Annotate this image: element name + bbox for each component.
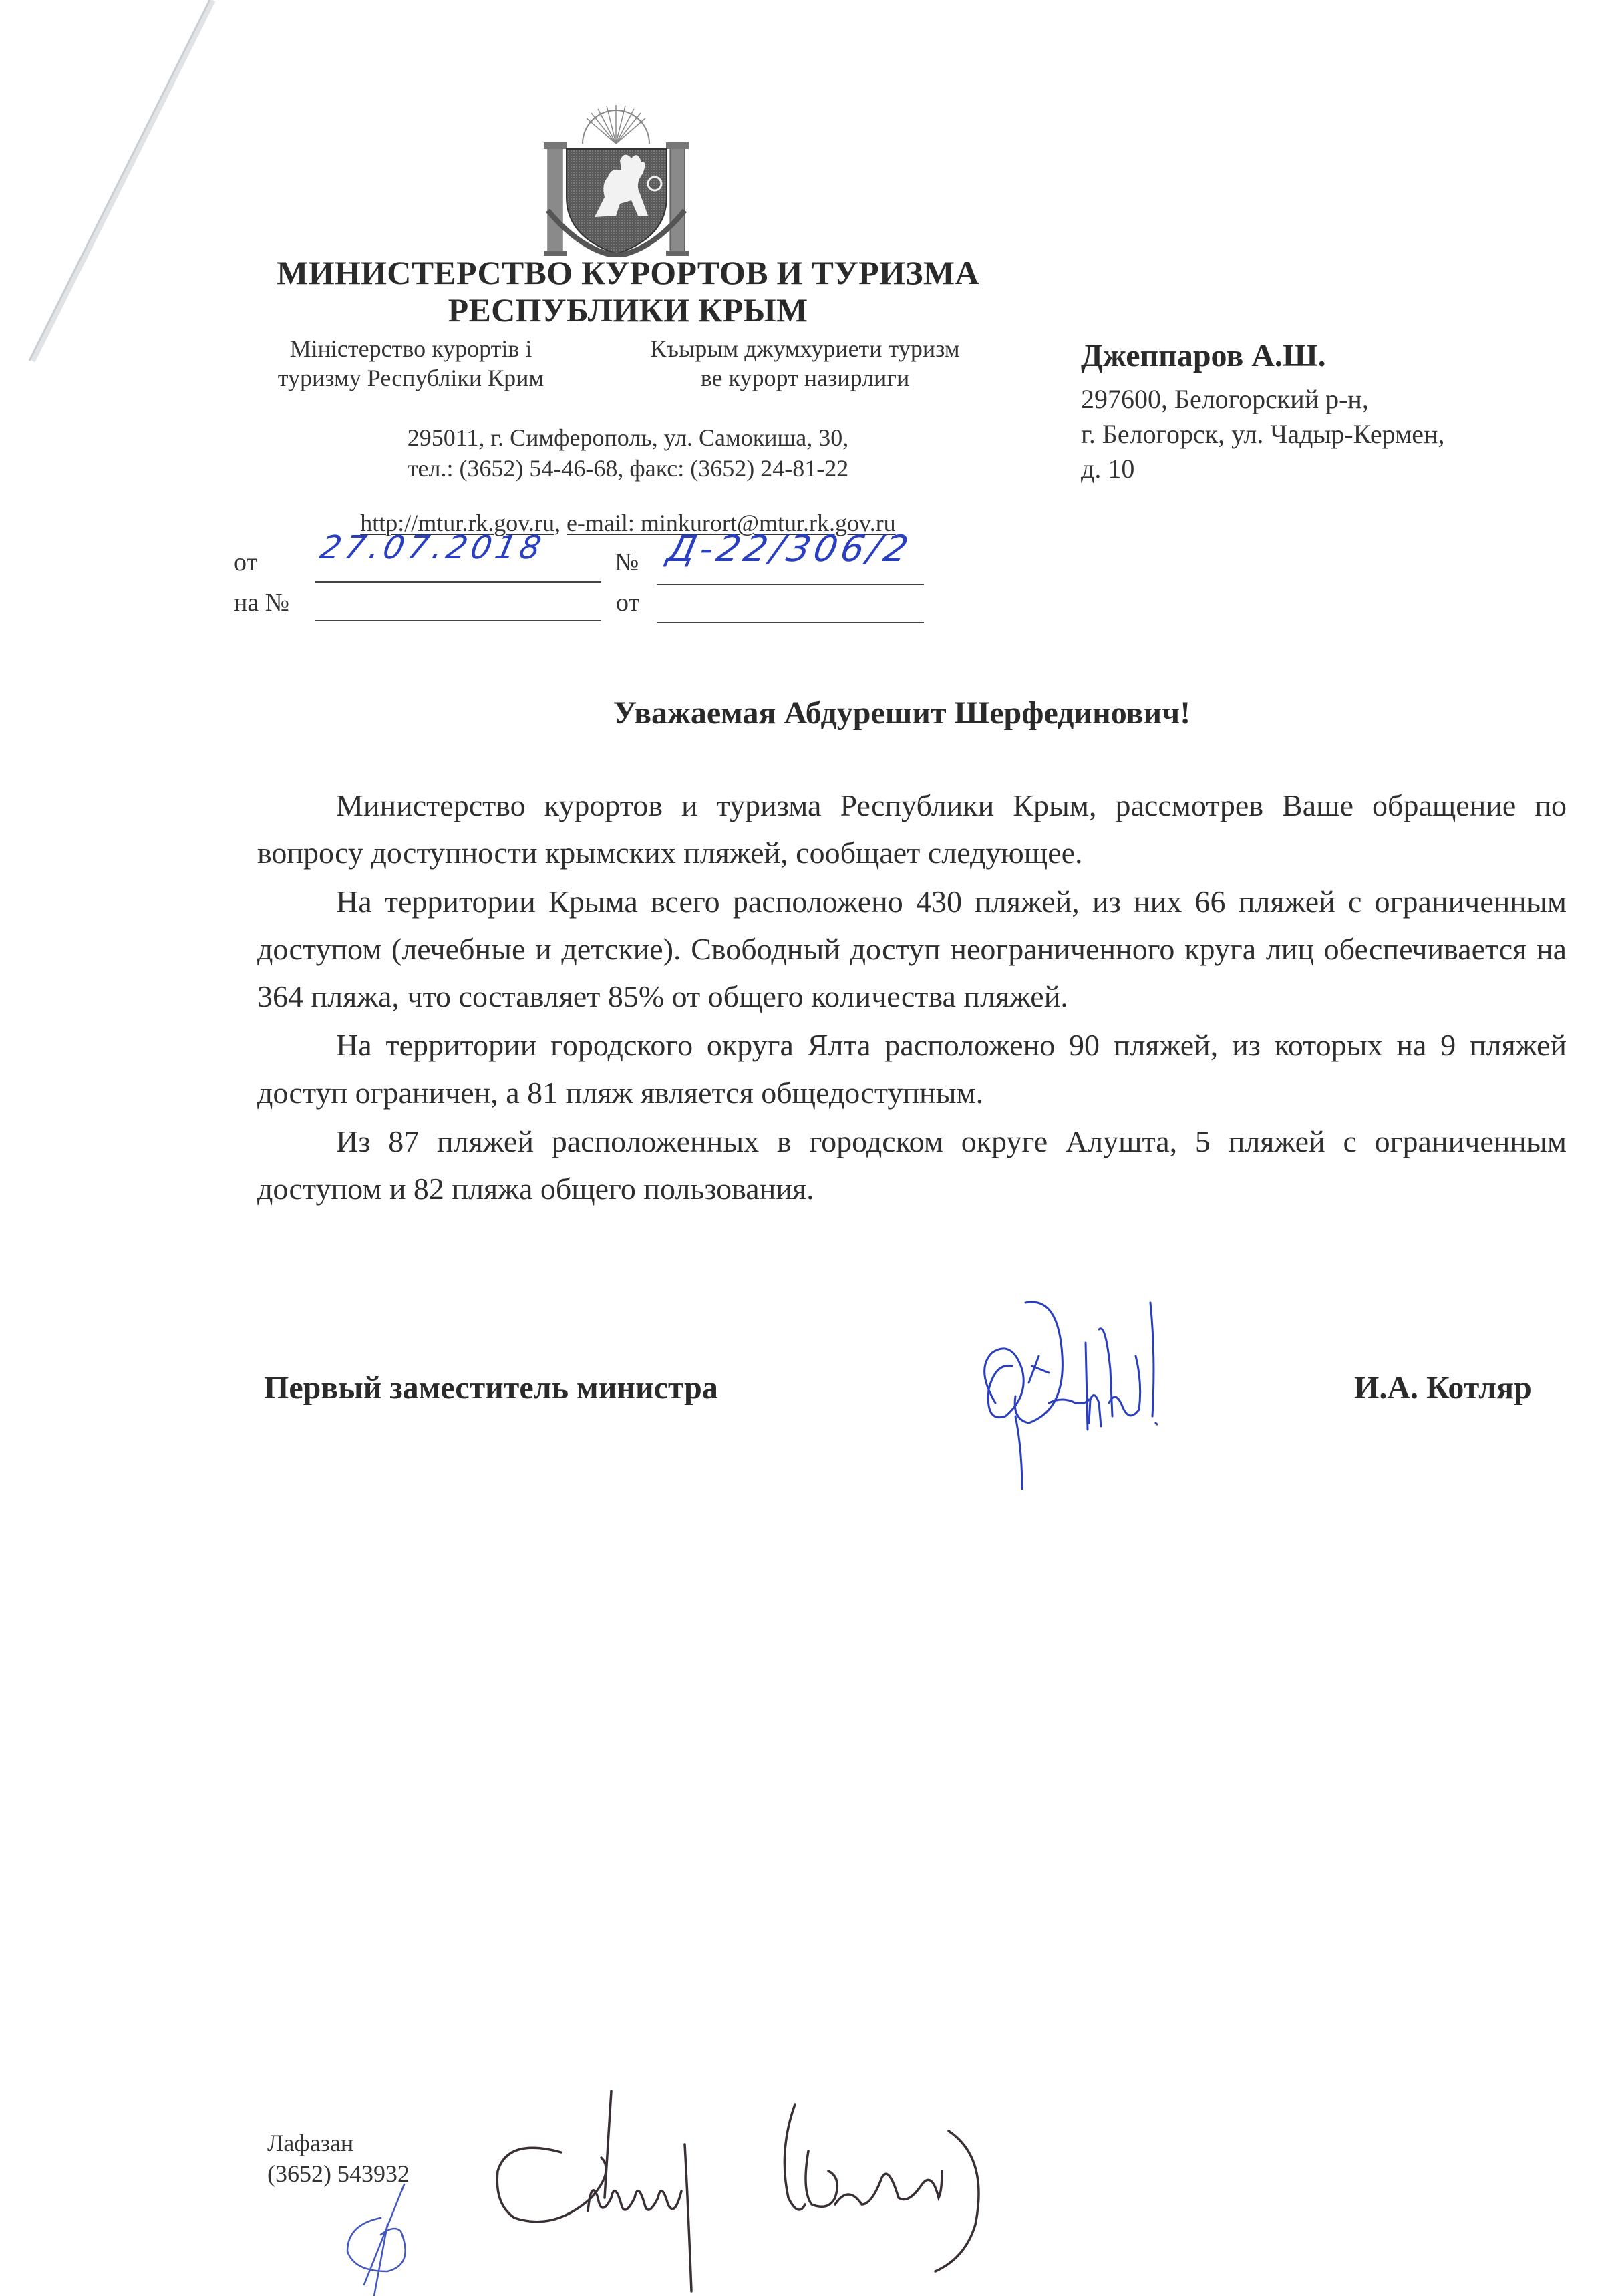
paragraph: Из 87 пляжей расположенных в городском о… [257, 1118, 1567, 1212]
address-line2: тел.: (3652) 54-46-68, факс: (3652) 24-8… [254, 453, 1002, 484]
number-line [657, 584, 924, 585]
contact-separator: , [554, 510, 567, 536]
org-name-line2: РЕСПУБЛИКИ КРЫМ [254, 291, 1002, 329]
org-name-ukrainian: Міністерство курортів і туризму Республі… [237, 334, 585, 393]
paragraph: Министерство курортов и туризма Республи… [257, 782, 1567, 876]
from-date-label: от [234, 548, 257, 577]
reply-from-label: от [616, 588, 639, 617]
paragraph: На территории Крыма всего расположено 43… [257, 878, 1567, 1020]
paragraph: На территории городского округа Ялта рас… [257, 1021, 1567, 1116]
org-name-line1: МИНИСТЕРСТВО КУРОРТОВ И ТУРИЗМА [254, 254, 1002, 291]
from-date-line [315, 581, 601, 583]
number-handwritten: Д-22/306/2 [663, 528, 916, 570]
reply-from-line [657, 622, 924, 623]
email-label: e-mail: [567, 510, 635, 536]
signatory-name: И.А. Котляр [1354, 1369, 1532, 1406]
recipient-address-line1: 297600, Белогорский р-н, [1081, 382, 1444, 417]
organization-name: МИНИСТЕРСТВО КУРОРТОВ И ТУРИЗМА РЕСПУБЛИ… [254, 254, 1002, 329]
address-line1: 295011, г. Симферополь, ул. Самокиша, 30… [254, 422, 1002, 453]
salutation: Уважаемая Абдурешит Шерфединович! [240, 695, 1563, 731]
reply-to-label: на № [234, 588, 289, 617]
letter-body: Министерство курортов и туризма Республи… [257, 782, 1567, 1214]
number-label: № [615, 548, 639, 577]
recipient-address-line2: г. Белогорск, ул. Чадыр-Кермен, [1081, 417, 1444, 452]
org-address: 295011, г. Симферополь, ул. Самокиша, 30… [254, 422, 1002, 484]
org-name-crh-line2: ве курорт назирлиги [615, 363, 995, 393]
crimea-coat-of-arms-icon [541, 84, 691, 257]
reply-to-line [315, 620, 601, 621]
org-name-ua-line2: туризму Республіки Крим [237, 363, 585, 393]
org-name-crh-line1: Къырым джумхуриети туризм [615, 334, 995, 363]
signatory-title: Первый заместитель министра [264, 1369, 718, 1406]
from-date-handwritten: 27.07.2018 [317, 529, 548, 566]
recipient-address-line3: д. 10 [1081, 452, 1444, 486]
handwritten-signature-icon [895, 1289, 1269, 1490]
org-name-ua-line1: Міністерство курортів і [237, 334, 585, 363]
org-name-crimean-tatar: Къырым джумхуриети туризм ве курорт нази… [615, 334, 995, 393]
recipient-address: 297600, Белогорский р-н, г. Белогорск, у… [1081, 382, 1444, 486]
approval-signatures-icon [321, 2044, 1162, 2296]
recipient-name: Джеппаров А.Ш. [1081, 337, 1326, 374]
